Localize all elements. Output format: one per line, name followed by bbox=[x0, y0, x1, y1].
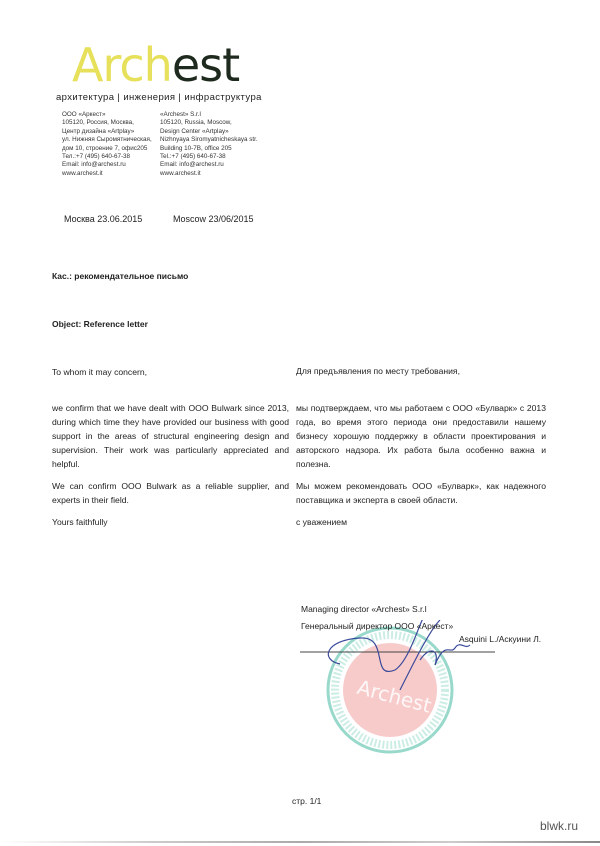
scan-edge bbox=[0, 841, 600, 843]
address-line: Центр дизайна «Artplay» bbox=[62, 128, 152, 136]
address-ru: ООО «Аркест» 105120, Россия, Москва, Цен… bbox=[62, 111, 152, 178]
logo-text-light: Arch bbox=[72, 38, 172, 92]
subject-en: Object: Reference letter bbox=[52, 319, 148, 329]
address-website: www.archest.it bbox=[160, 170, 258, 178]
address-email: Email: info@archest.ru bbox=[160, 161, 258, 169]
address-email: Email: info@archest.ru bbox=[62, 161, 152, 169]
closing-ru: с уважением bbox=[296, 515, 546, 529]
page-number: стр. 1/1 bbox=[292, 796, 321, 806]
salutation-ru: Для предъявления по месту требования, bbox=[296, 364, 546, 378]
address-line: Building 10-7B, office 205 bbox=[160, 145, 258, 153]
address-line: ООО «Аркест» bbox=[62, 111, 152, 119]
address-line: Design Center «Artplay» bbox=[160, 128, 258, 136]
letter-body-ru: мы подтверждаем, что мы работаем с ООО «… bbox=[296, 401, 546, 537]
paragraph: we confirm that we have dealt with OOO B… bbox=[52, 401, 289, 471]
salutation-en: To whom it may concern, bbox=[52, 365, 289, 379]
company-tagline: архитектура | инженерия | инфраструктура bbox=[56, 92, 262, 103]
address-line: Тел.:+7 (495) 640-67-38 bbox=[62, 153, 152, 161]
address-en: «Archest» S.r.l 105120, Russia, Moscow, … bbox=[160, 111, 258, 178]
address-line: Nizhnyaya Siromyatnicheskaya str. bbox=[160, 136, 258, 144]
subject-ru: Кас.: рекомендательное письмо bbox=[52, 271, 188, 281]
paragraph: We can confirm OOO Bulwark as a reliable… bbox=[52, 479, 289, 507]
closing-en: Yours faithfully bbox=[52, 515, 289, 529]
company-logo: Archest bbox=[72, 40, 239, 90]
signatory-name: Asquini L./Аскуини Л. bbox=[459, 634, 541, 644]
address-line: дом 10, строение 7, офис205 bbox=[62, 145, 152, 153]
date-en: Moscow 23/06/2015 bbox=[173, 214, 254, 224]
address-line: ул. Нижняя Сыромятническая, bbox=[62, 136, 152, 144]
paragraph: мы подтверждаем, что мы работаем с ООО «… bbox=[296, 401, 546, 471]
paragraph: Мы можем рекомендовать ООО «Булварк», ка… bbox=[296, 479, 546, 507]
company-stamp: Archest bbox=[300, 620, 500, 790]
logo-text-dark: est bbox=[172, 38, 239, 92]
address-line: 105120, Russia, Moscow, bbox=[160, 119, 258, 127]
letter-body-en: we confirm that we have dealt with OOO B… bbox=[52, 401, 289, 537]
address-line: Tel.:+7 (495) 640-67-38 bbox=[160, 153, 258, 161]
address-line: 105120, Россия, Москва, bbox=[62, 119, 152, 127]
watermark: blwk.ru bbox=[540, 819, 578, 833]
signatory-title-en: Managing director «Archest» S.r.l bbox=[301, 604, 427, 614]
date-ru: Москва 23.06.2015 bbox=[64, 214, 142, 224]
address-website: www.archest.it bbox=[62, 170, 152, 178]
signatory-title-ru: Генеральный директор ООО «Аркест» bbox=[301, 621, 453, 631]
address-line: «Archest» S.r.l bbox=[160, 111, 258, 119]
